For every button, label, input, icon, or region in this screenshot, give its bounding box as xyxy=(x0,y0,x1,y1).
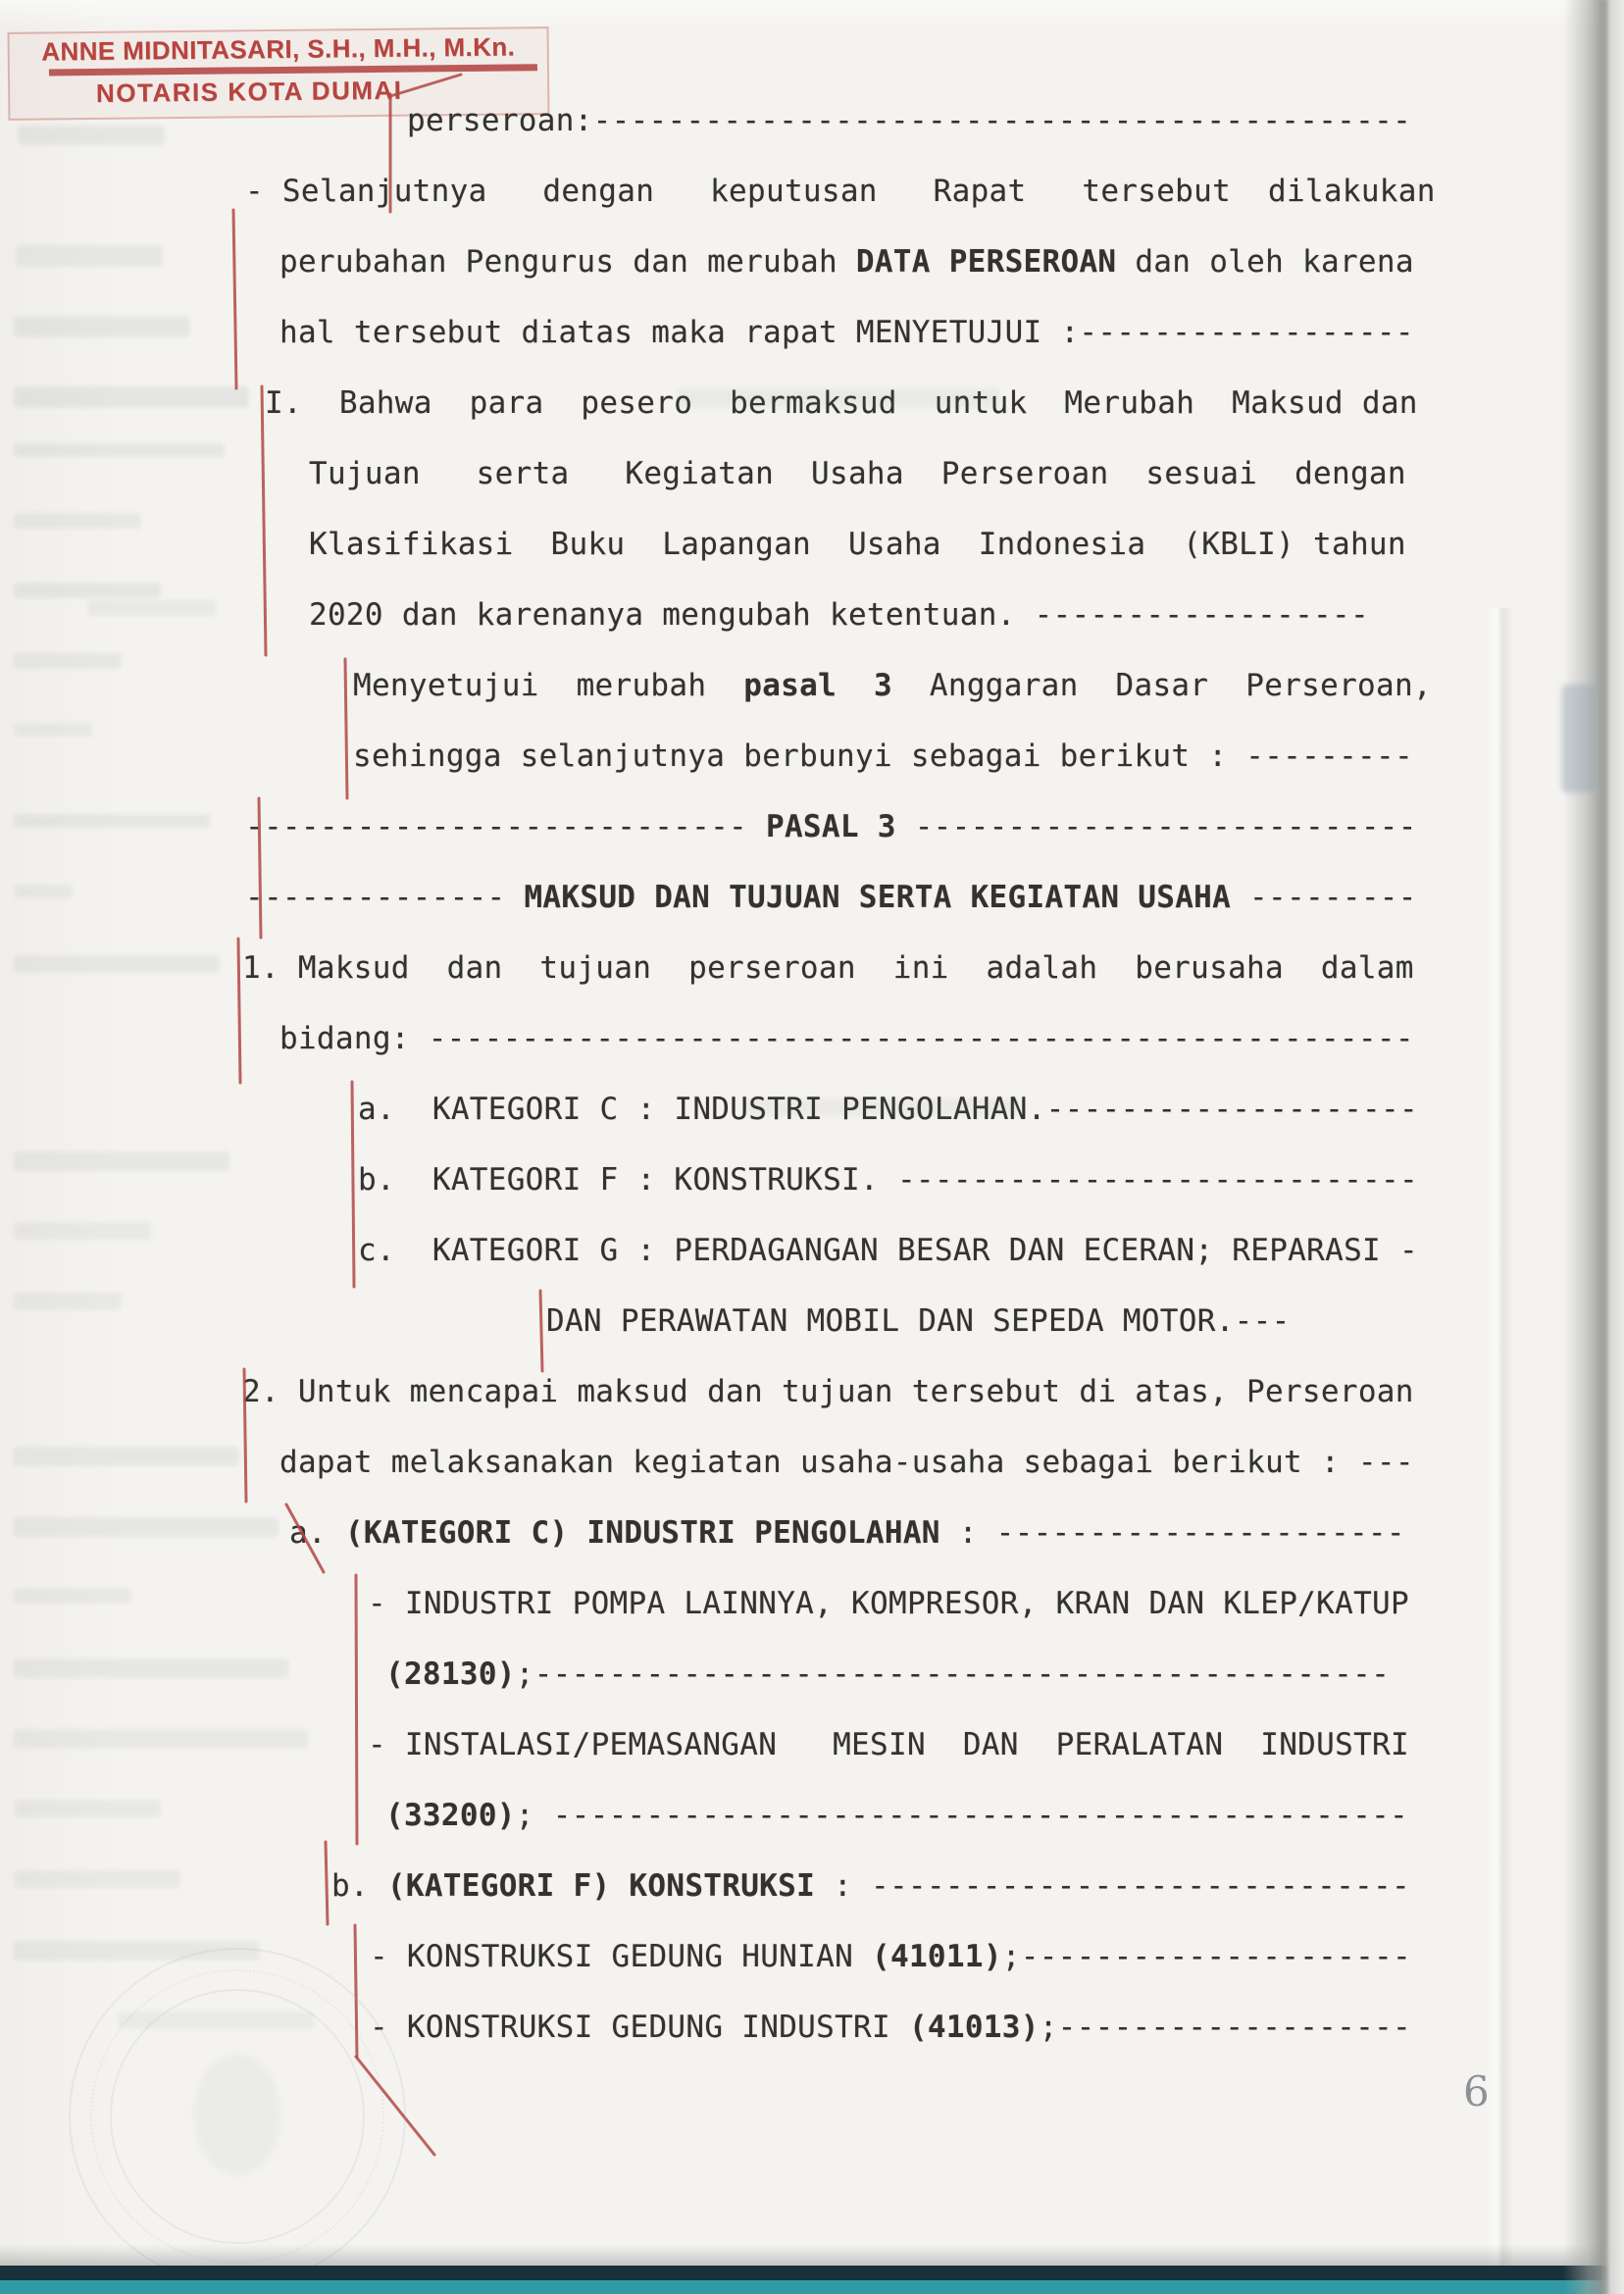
footer-dark-band xyxy=(0,2266,1624,2280)
document-line: 2020 dan karenanya mengubah ketentuan. -… xyxy=(309,598,1369,632)
document-line: - INSTALASI/PEMASANGAN MESIN DAN PERALAT… xyxy=(368,1728,1409,1761)
document-line: -------------- MAKSUD DAN TUJUAN SERTA K… xyxy=(245,881,1417,914)
document-line: b. KATEGORI F : KONSTRUKSI. ------------… xyxy=(358,1163,1418,1197)
seal-dotted-ring xyxy=(90,1969,384,2264)
document-line: hal tersebut diatas maka rapat MENYETUJU… xyxy=(279,316,1414,349)
document-line: 1. Maksud dan tujuan perseroan ini adala… xyxy=(242,951,1414,985)
bleed-through-smudge xyxy=(14,723,92,737)
bleed-through-smudge xyxy=(14,1588,131,1604)
bleed-through-smudge xyxy=(14,1941,259,1961)
bleed-through-smudge xyxy=(14,1870,180,1888)
document-line: b. (KATEGORI F) KONSTRUKSI : -----------… xyxy=(331,1869,1410,1903)
bleed-through-smudge xyxy=(14,955,220,973)
bleed-through-smudge xyxy=(14,583,161,598)
document-line: - Selanjutnya dengan keputusan Rapat ter… xyxy=(245,175,1436,208)
document-line: Klasifikasi Buku Lapangan Usaha Indonesi… xyxy=(309,528,1406,561)
seal-outer-ring xyxy=(69,1948,406,2285)
bleed-through-smudge xyxy=(14,1222,151,1240)
bleed-through-smudge xyxy=(14,1293,122,1310)
footer-teal-band xyxy=(0,2280,1624,2294)
document-line: sehingga selanjutnya berbunyi sebagai be… xyxy=(353,739,1413,773)
document-line: 2. Untuk mencapai maksud dan tujuan ters… xyxy=(242,1375,1414,1408)
bleed-through-smudge xyxy=(14,885,73,898)
scanned-notarial-deed-page: ANNE MIDNITASARI, S.H., M.H., M.Kn. NOTA… xyxy=(0,0,1624,2294)
embossed-notary-seal-icon xyxy=(69,1948,406,2285)
footer-shadow xyxy=(0,2244,1624,2266)
document-line: - KONSTRUKSI GEDUNG HUNIAN (41011);-----… xyxy=(370,1940,1411,1973)
bleed-through-smudge xyxy=(118,2012,314,2029)
bleed-through-smudge xyxy=(14,443,225,457)
document-line: I. Bahwa para pesero bermaksud untuk Mer… xyxy=(265,386,1418,420)
paper-fold-crease xyxy=(1485,608,1514,2275)
bleed-through-smudge xyxy=(14,513,141,529)
document-line: dapat melaksanakan kegiatan usaha-usaha … xyxy=(279,1446,1414,1479)
document-line: Menyetujui merubah pasal 3 Anggaran Dasa… xyxy=(353,669,1432,702)
bleed-through-smudge xyxy=(18,126,165,145)
bleed-through-smudge xyxy=(88,600,216,616)
document-line: DAN PERAWATAN MOBIL DAN SEPEDA MOTOR.--- xyxy=(546,1304,1291,1338)
document-line: - INDUSTRI POMPA LAINNYA, KOMPRESOR, KRA… xyxy=(368,1587,1409,1620)
bleed-through-smudge xyxy=(14,1658,288,1678)
document-line: --------------------------- PASAL 3 ----… xyxy=(245,810,1417,843)
document-line: a. (KATEGORI C) INDUSTRI PENGOLAHAN : --… xyxy=(289,1516,1405,1550)
page-right-edge xyxy=(1563,0,1624,2294)
notary-stamp-name: ANNE MIDNITASARI, S.H., M.H., M.Kn. xyxy=(10,31,547,68)
document-line: (33200); -------------------------------… xyxy=(385,1799,1408,1832)
bleed-through-smudge xyxy=(14,1729,308,1749)
document-line: (28130);--------------------------------… xyxy=(385,1657,1390,1691)
bleed-through-smudge xyxy=(14,1447,239,1466)
document-line: c. KATEGORI G : PERDAGANGAN BESAR DAN EC… xyxy=(358,1234,1418,1267)
bleed-through-smudge xyxy=(14,316,190,337)
bleed-through-smudge xyxy=(14,386,249,408)
seal-inner-ring xyxy=(110,1989,365,2244)
document-line: perseroan:------------------------------… xyxy=(407,104,1411,137)
bleed-through-smudge xyxy=(14,653,122,669)
bleed-through-smudge xyxy=(14,814,210,828)
page-number: 6 xyxy=(1463,2067,1490,2116)
bleed-through-smudge xyxy=(14,1800,161,1817)
bleed-through-smudge xyxy=(16,245,163,267)
document-line: perubahan Pengurus dan merubah DATA PERS… xyxy=(279,245,1414,279)
bleed-through-smudge xyxy=(14,1151,229,1171)
seal-emblem xyxy=(194,2054,280,2175)
page-right-edge-line xyxy=(1602,0,1607,2294)
document-line: bidang: --------------------------------… xyxy=(279,1022,1414,1055)
document-line: a. KATEGORI C : INDUSTRI PENGOLAHAN.----… xyxy=(358,1093,1418,1126)
bleed-through-smudge xyxy=(14,1517,279,1537)
document-line: - KONSTRUKSI GEDUNG INDUSTRI (41013);---… xyxy=(370,2011,1411,2044)
document-line: Tujuan serta Kegiatan Usaha Perseroan se… xyxy=(309,457,1406,490)
